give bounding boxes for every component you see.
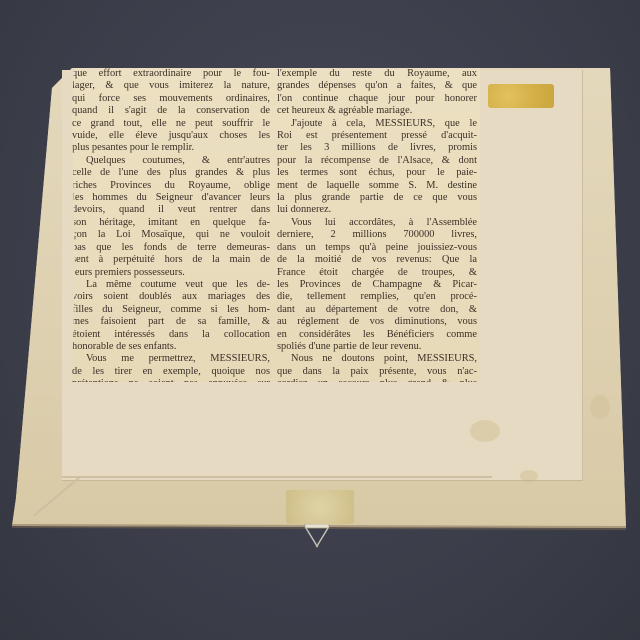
text-line: France étoit chargée de troupes, &	[277, 267, 477, 279]
stain	[520, 470, 538, 482]
text-line: que effort extraordinaire pour le fou-	[72, 68, 270, 80]
text-line: derniere, 2 millions 700000 livres,	[277, 229, 477, 241]
text-line: les termes sont échus, pour le paie-	[277, 167, 477, 179]
text-line: grandes dépenses qu'on a faites, & que	[277, 80, 477, 92]
text-line: honorable de ses enfants.	[72, 341, 270, 353]
text-line: au réglement de vos diminutions, vous	[277, 316, 477, 328]
text-line: Vous lui accordâtes, à l'Assemblée	[277, 217, 477, 229]
text-line: spoliés d'une partie de leur revenu.	[277, 341, 477, 353]
text-line: Quelques coutumes, & entr'autres	[72, 155, 270, 167]
text-line: Nous ne doutons point, MESSIEURS,	[277, 353, 477, 365]
text-line: Vous me permettrez, MESSIEURS,	[72, 353, 270, 365]
text-line: la plus grande partie de ce que vous	[277, 192, 477, 204]
text-line: mes faisoient part de sa famille, &	[72, 316, 270, 328]
text-line: voirs soient doublés aux mariages des	[72, 291, 270, 303]
stain	[470, 420, 500, 442]
text-line: Roi est présentement pressé d'acquit-	[277, 130, 477, 142]
text-line: filles du Seigneur, comme si les hom-	[72, 304, 270, 316]
text-line: l'exemple du reste du Royaume, aux	[277, 68, 477, 80]
text-line: ter les 3 millions de livres, promis	[277, 142, 477, 154]
text-line: vuide, elle éleve jusqu'aux choses les	[72, 130, 270, 142]
tape-residue	[286, 490, 354, 524]
text-line: cet heureux & agréable mariage.	[277, 105, 477, 117]
text-column-right: l'exemple du reste du Royaume, aux grand…	[277, 68, 477, 403]
text-column-left: que effort extraordinaire pour le fou- l…	[72, 68, 270, 391]
text-line: J'ajoute à cela, MESSIEURS, que le	[277, 118, 477, 130]
text-line: ce grand tout, elle ne peut souffrir le	[72, 118, 270, 130]
yellow-tape	[488, 84, 554, 108]
text-line: die, tellement remplies, qu'en procé-	[277, 291, 477, 303]
text-line: étoient intéressés dans la collocation	[72, 329, 270, 341]
text-line: La même coutume veut que les de-	[72, 279, 270, 291]
text-line: pour la récompense de l'Alsace, & dont	[277, 155, 477, 167]
hanger-hook-icon	[303, 524, 331, 550]
text-line: les Provinces de Champagne & Picar-	[277, 279, 477, 291]
text-line: devoirs, quand il veut rentrer dans	[72, 204, 270, 216]
text-line: pas que les fonds de terre demeuras-	[72, 242, 270, 254]
text-line: l'on continue chaque jour pour honorer	[277, 93, 477, 105]
text-line: dans un temps qu'à peine jouissiez-vous	[277, 242, 477, 254]
text-line: en considérâtes les Bénéficiers comme	[277, 329, 477, 341]
text-line: qui force ses mouvements ordinaires,	[72, 93, 270, 105]
text-line: leurs premiers possesseurs.	[72, 267, 270, 279]
text-line: quand il s'agit de la conservation de	[72, 105, 270, 117]
text-line: que dans la paix présente, vous n'ac-	[277, 366, 477, 378]
text-line: ment de laquelle somme S. M. destine	[277, 180, 477, 192]
stain	[590, 395, 610, 419]
text-line: de la moitié de vos revenus: Que la	[277, 254, 477, 266]
text-line: lui donnerez.	[277, 204, 477, 216]
text-line: les hommes du Seigneur d'avancer leurs	[72, 192, 270, 204]
text-line: celle de l'une des plus grandes & plus	[72, 167, 270, 179]
text-line: de les tirer en exemple, quoique nos	[72, 366, 270, 378]
text-line: dant au département de votre don, &	[277, 304, 477, 316]
text-line: sent à perpétuité hors de la main de	[72, 254, 270, 266]
text-line: riches Provinces du Royaume, oblige	[72, 180, 270, 192]
text-line: lager, & que vous imiterez la nature,	[72, 80, 270, 92]
text-line: plus pesantes pour le remplir.	[72, 142, 270, 154]
printed-page-clipping: que effort extraordinaire pour le fou- l…	[72, 68, 480, 382]
text-line: son héritage, imitant en quelque fa-	[72, 217, 270, 229]
text-line: çon la Loi Mosaïque, qui ne vouloit	[72, 229, 270, 241]
bevel-line	[62, 476, 492, 478]
